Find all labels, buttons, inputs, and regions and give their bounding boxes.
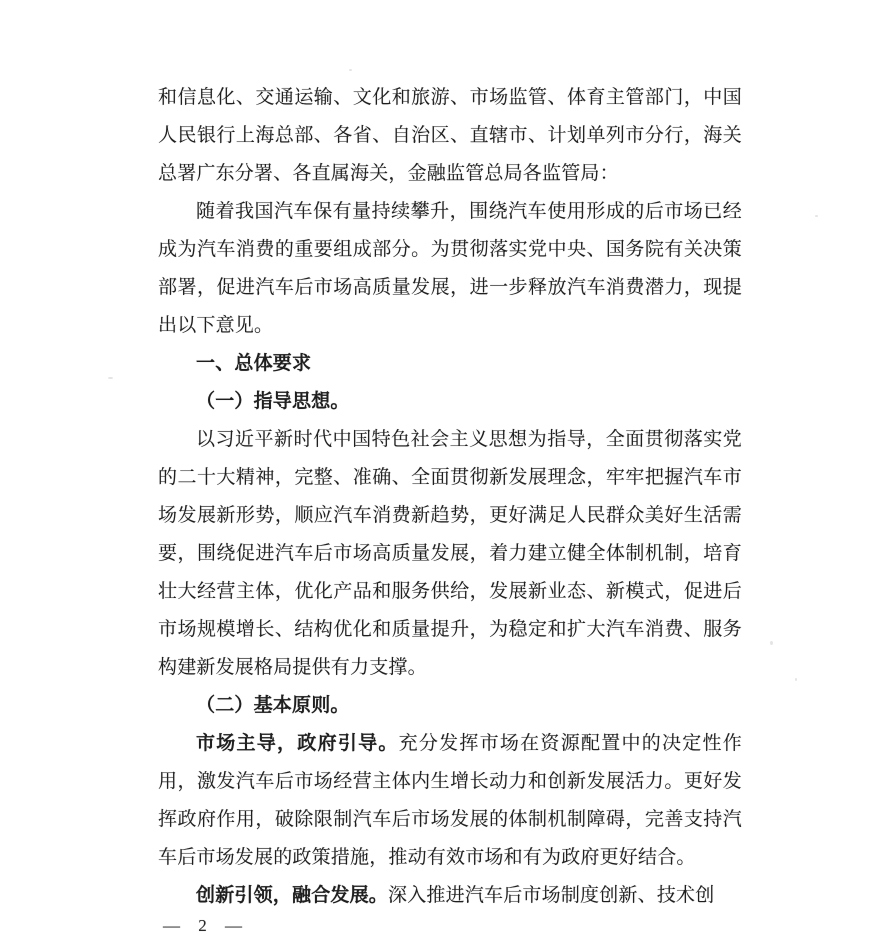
heading-basic-principles: （二）基本原则。 bbox=[158, 687, 742, 725]
scan-artifact bbox=[349, 69, 352, 71]
scan-artifact bbox=[108, 377, 113, 379]
scan-artifact bbox=[815, 215, 818, 217]
principle-market-led-lead: 市场主导，政府引导。 bbox=[196, 733, 399, 754]
paragraph-guiding-ideology: 以习近平新时代中国特色社会主义思想为指导，全面贯彻落实党的二十大精神，完整、准确… bbox=[158, 421, 742, 687]
page-number: — 2 — bbox=[163, 912, 249, 940]
document-body: 和信息化、交通运输、文化和旅游、市场监管、体育主管部门，中国人民银行上海总部、各… bbox=[158, 79, 742, 915]
paragraph-principle-market-led: 市场主导，政府引导。充分发挥市场在资源配置中的决定性作用，激发汽车后市场经营主体… bbox=[158, 725, 742, 877]
principle-innovation-led-text: 深入推进汽车后市场制度创新、技术创 bbox=[388, 885, 714, 906]
paragraph-principle-innovation-led: 创新引领，融合发展。深入推进汽车后市场制度创新、技术创 bbox=[158, 877, 742, 915]
document-page: 和信息化、交通运输、文化和旅游、市场监管、体育主管部门，中国人民银行上海总部、各… bbox=[0, 0, 895, 950]
heading-overall-requirements: 一、总体要求 bbox=[158, 345, 742, 383]
heading-guiding-ideology: （一）指导思想。 bbox=[158, 383, 742, 421]
scan-artifact bbox=[795, 678, 797, 681]
scan-artifact bbox=[770, 641, 773, 645]
paragraph-recipients: 和信息化、交通运输、文化和旅游、市场监管、体育主管部门，中国人民银行上海总部、各… bbox=[158, 79, 742, 193]
paragraph-intro: 随着我国汽车保有量持续攀升，围绕汽车使用形成的后市场已经成为汽车消费的重要组成部… bbox=[158, 193, 742, 345]
principle-innovation-led-lead: 创新引领，融合发展。 bbox=[196, 885, 388, 906]
